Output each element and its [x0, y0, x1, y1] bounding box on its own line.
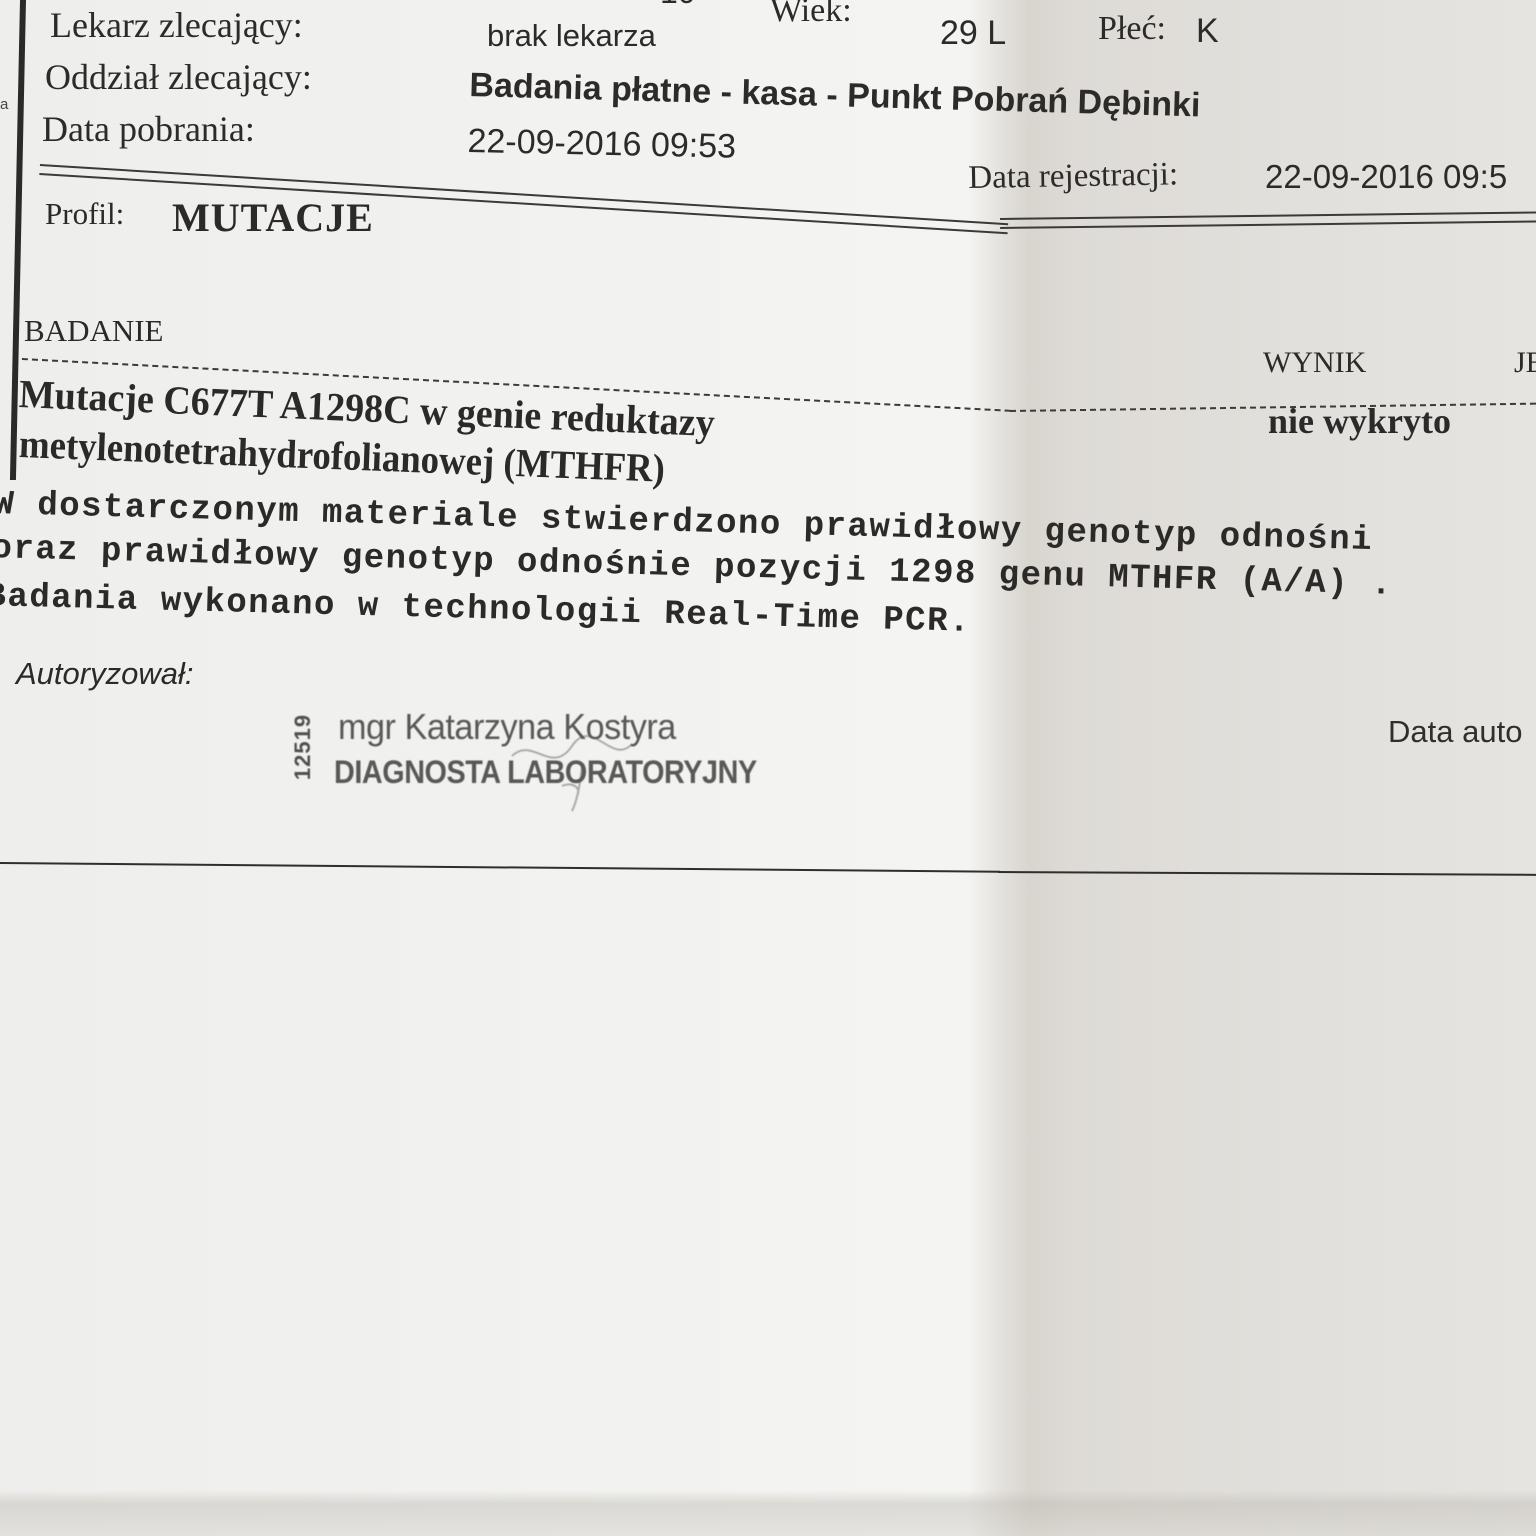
profile-value: MUTACJE	[172, 194, 374, 241]
authorized-by-label: Autoryzował:	[16, 656, 193, 692]
authorization-date-label: Data auto	[1388, 714, 1522, 750]
column-header-result: WYNIK	[1263, 346, 1366, 380]
cut-top-fragment: 10	[660, 0, 696, 11]
test-result-value: nie wykryto	[1268, 400, 1451, 442]
authorization-stamp: 12519 mgr Katarzyna Kostyra DIAGNOSTA LA…	[292, 700, 832, 820]
ordering-department-label: Oddział zlecający:	[45, 56, 312, 98]
sex-label: Płeć:	[1098, 10, 1166, 48]
ordering-doctor-value: brak lekarza	[487, 18, 656, 54]
age-value: 29 L	[940, 14, 1006, 53]
signature-icon	[502, 716, 662, 816]
ordering-doctor-label: Lekarz zlecający:	[50, 4, 303, 46]
age-label: Wiek:	[770, 0, 852, 30]
profile-label: Profil:	[45, 196, 124, 232]
paper-fold-shadow	[0, 1490, 1536, 1536]
column-header-unit: JE	[1514, 346, 1536, 380]
registration-date-label: Data rejestracji:	[968, 156, 1178, 197]
column-header-test: BADANIE	[24, 313, 164, 349]
collection-date-label: Data pobrania:	[42, 108, 255, 150]
stamp-license-number: 12519	[290, 714, 316, 780]
registration-date-value: 22-09-2016 09:5	[1265, 158, 1507, 196]
collection-date-value: 22-09-2016 09:53	[467, 122, 736, 167]
sex-value: K	[1196, 12, 1219, 51]
margin-fragment: a	[0, 96, 8, 113]
